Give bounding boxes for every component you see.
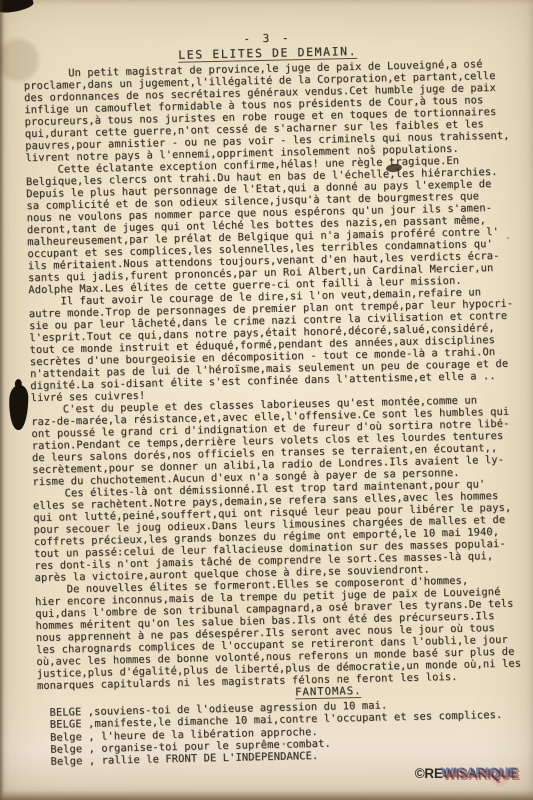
- article-body: Un petit magistrat de province,le juge d…: [23, 57, 533, 692]
- typewritten-content: - 3 - LES ELITES DE DEMAIN. Un petit mag…: [0, 0, 533, 769]
- page-bottom-edge-shadow: [0, 790, 533, 800]
- signature-text: FANTOMAS.: [295, 685, 362, 699]
- copyright-watermark: ©REWISARIQUEWISARIQUEWISARIQUE: [415, 766, 519, 781]
- article-title-text: LES ELITES DE DEMAIN.: [178, 44, 357, 63]
- watermark-prefix: ©RE: [415, 766, 443, 781]
- watermark-word: WISARIQUEWISARIQUEWISARIQUE: [443, 766, 519, 781]
- page-left-edge-shadow: [0, 0, 4, 800]
- slogan-list: BELGE ,souviens-toi de l'odieuse agressi…: [49, 696, 533, 768]
- scanned-page: - 3 - LES ELITES DE DEMAIN. Un petit mag…: [0, 0, 533, 800]
